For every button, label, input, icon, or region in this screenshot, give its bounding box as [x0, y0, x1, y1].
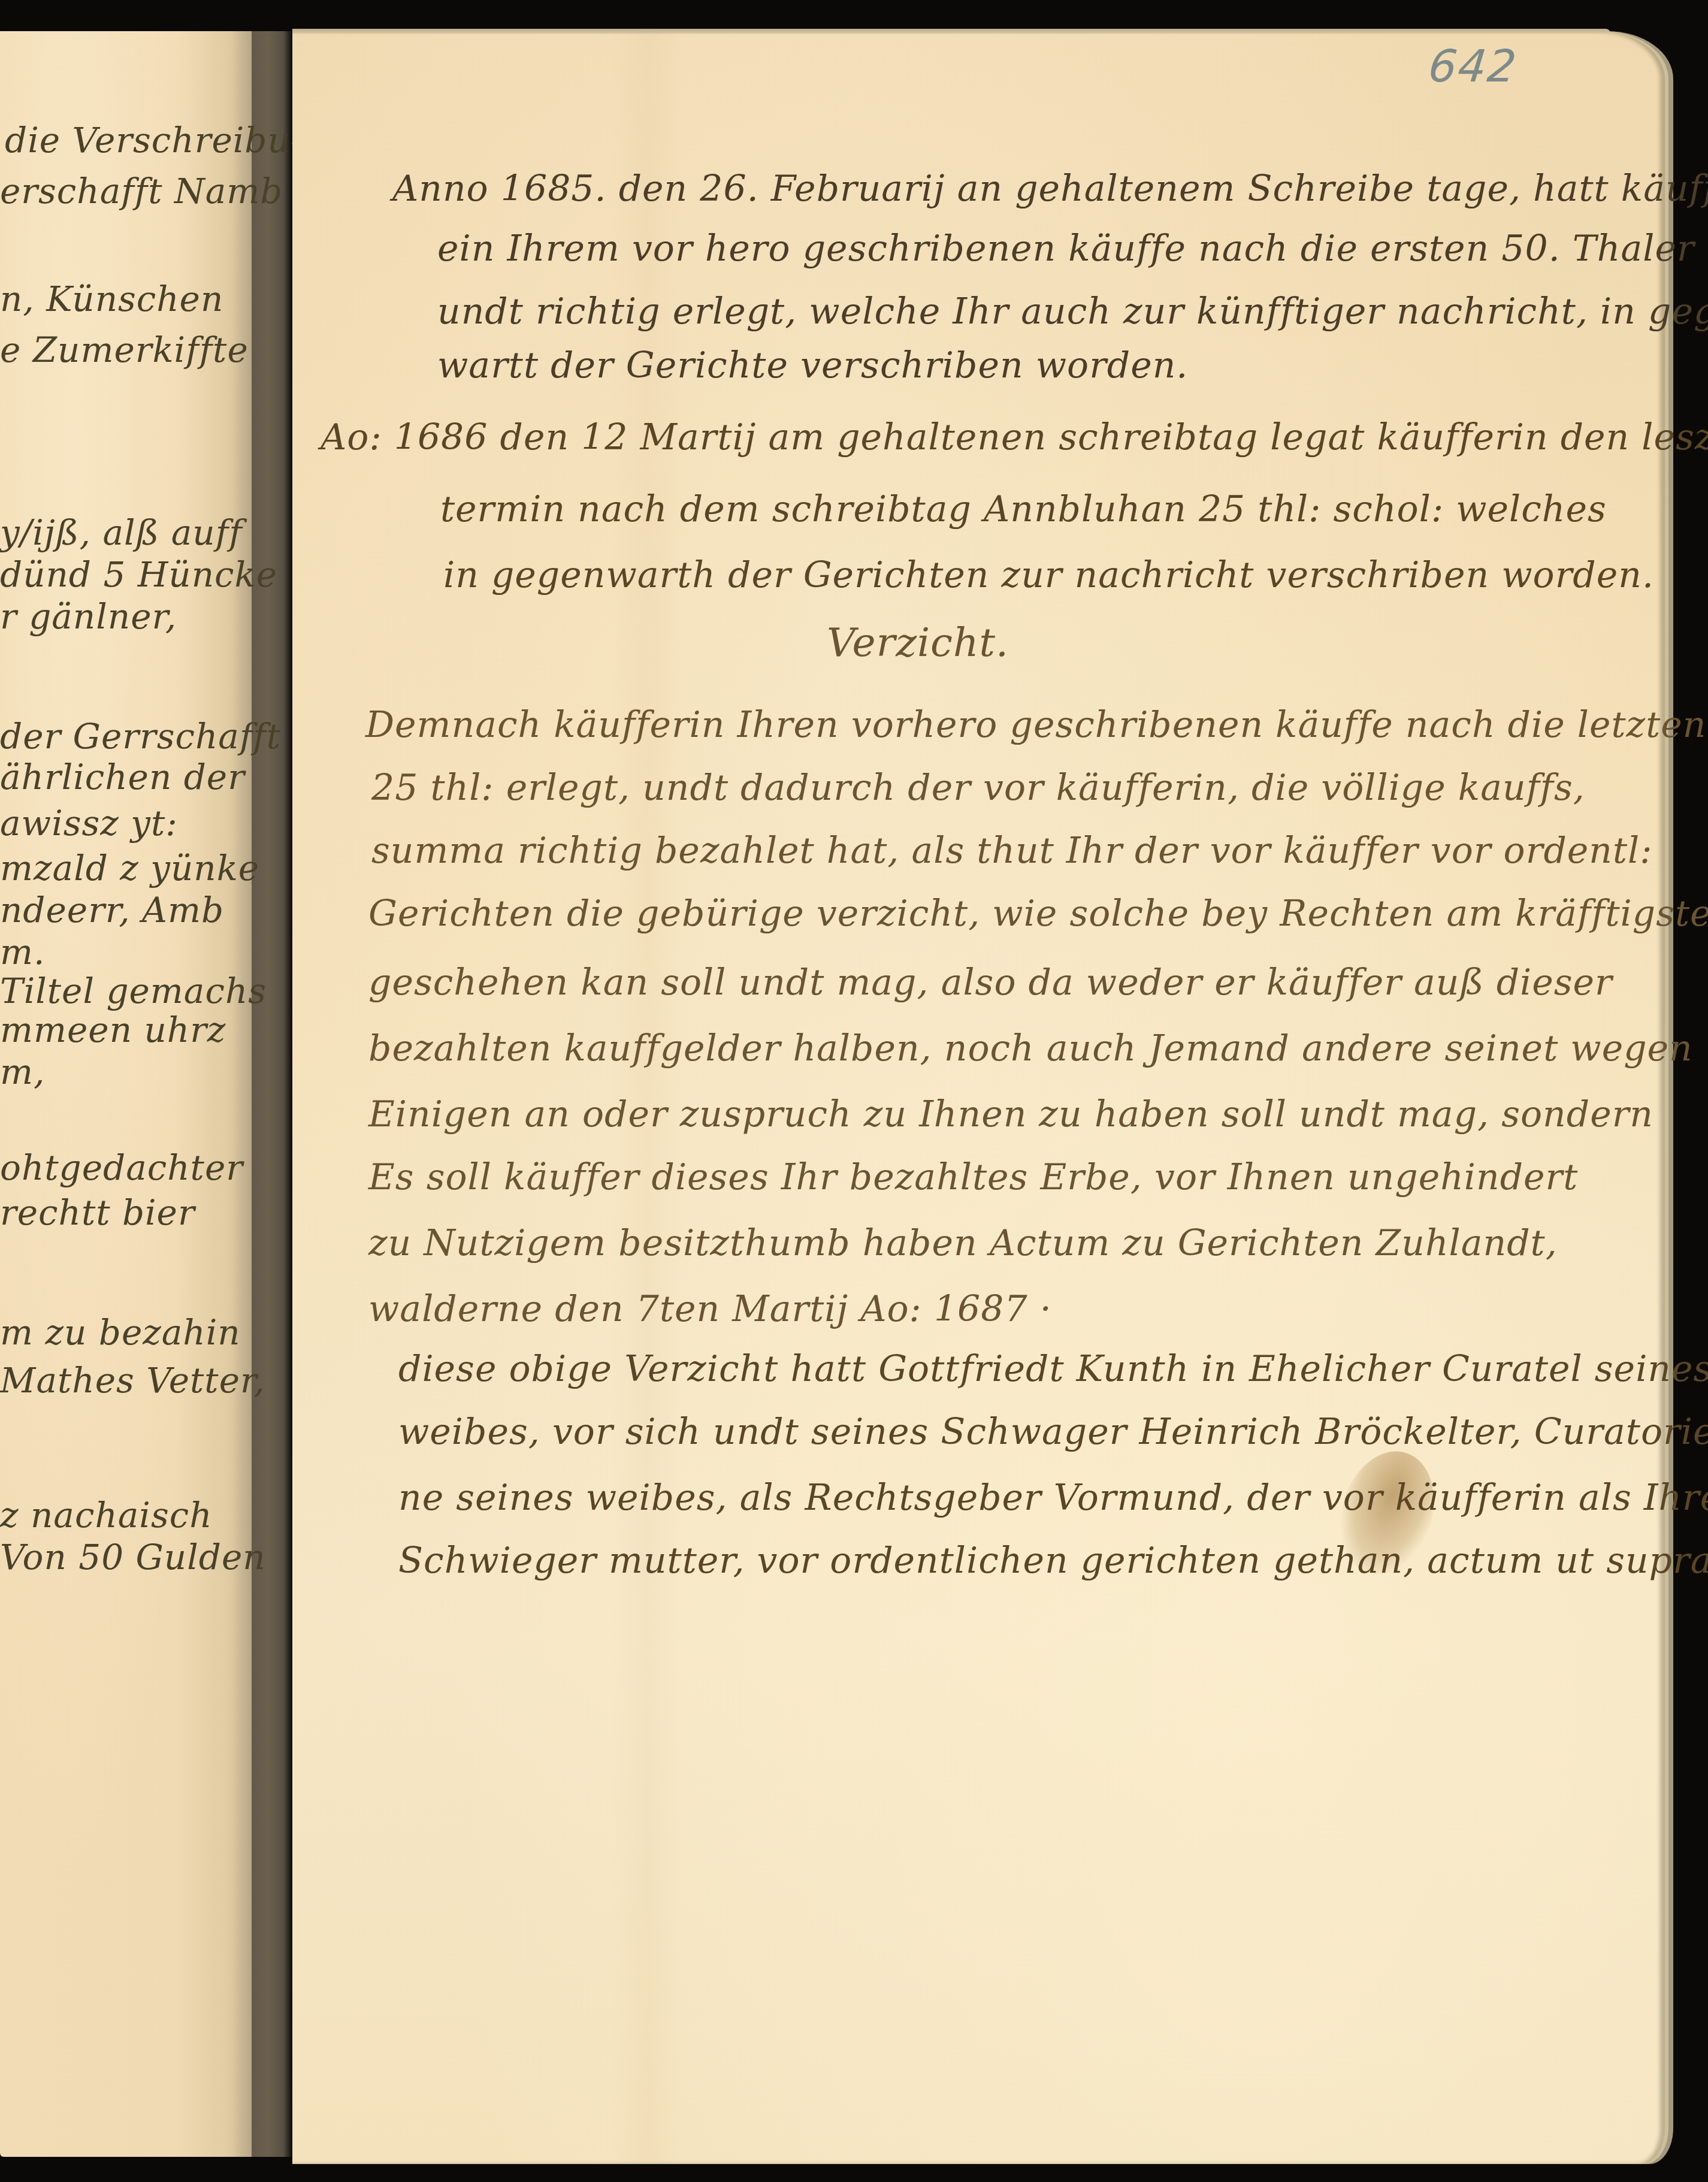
left-fragment: ährlichen der [0, 760, 245, 794]
left-fragment: rechtt bier [0, 1195, 195, 1230]
left-fragment: m. [0, 935, 45, 969]
left-fragment: e Zumerkiffte [0, 333, 249, 367]
left-fragment: Tiltel gemachs [0, 974, 267, 1008]
left-fragment: r gänlner, [0, 599, 177, 634]
entry-3-line: Es soll käuffer dieses Ihr bezahltes Erb… [368, 1159, 1578, 1195]
left-fragment: m, [0, 1054, 45, 1089]
left-fragment: dünd 5 Hüncke [0, 557, 277, 592]
entry-4-line: weibes, vor sich undt seines Schwager He… [398, 1414, 1708, 1450]
entry-3-line: bezahlten kauffgelder halben, noch auch … [368, 1030, 1693, 1066]
entry-3-line: Gerichten die gebürige verzicht, wie sol… [368, 896, 1708, 932]
left-fragment: Von 50 Gulden [0, 1540, 266, 1574]
entry-3-line: walderne den 7ten Martij Ao: 1687 · [368, 1291, 1052, 1327]
left-fragment: der Gerrschafft [0, 719, 281, 754]
entry-1-line: wartt der Gerichte verschriben worden. [437, 347, 1188, 383]
entry-3-line: geschehen kan soll undt mag, also da wed… [368, 965, 1613, 1001]
left-fragment: erschafft Namb [0, 174, 283, 208]
entry-3-line: 25 thl: erlegt, undt dadurch der vor käu… [371, 770, 1585, 806]
entry-4-line: Schwieger mutter, vor ordentlichen geric… [398, 1543, 1708, 1579]
left-fragment: ndeerr, Amb [0, 893, 224, 927]
left-fragment: m zu bezahin [0, 1315, 241, 1350]
left-fragment: die Verschreibu- [5, 123, 303, 158]
page-top-edge [292, 29, 1610, 34]
entry-2-line: termin nach dem schreibtag Annbluhan 25 … [440, 491, 1607, 527]
left-fragment: n, Künschen [0, 282, 223, 316]
left-fragment: ohtgedachter [0, 1150, 243, 1185]
left-fragment: mmeen uhrz [0, 1013, 226, 1047]
left-fragment: z nachaisch [0, 1498, 213, 1533]
left-fragment: awissz yt: [0, 806, 178, 841]
folio-number: 642 [1426, 41, 1519, 92]
entry-4-line: ne seines weibes, als Rechtsgeber Vormun… [398, 1480, 1708, 1516]
entry-3-line: summa richtig bezahlet hat, als thut Ihr… [371, 833, 1653, 869]
entry-1-line: undt richtig erlegt, welche Ihr auch zur… [437, 294, 1708, 330]
section-heading: Verzicht. [827, 623, 1009, 663]
entry-1-line: ein Ihrem vor hero geschribenen käuffe n… [437, 231, 1708, 267]
entry-3-line: zu Nutzigem besitzthumb haben Actum zu G… [368, 1225, 1558, 1261]
left-fragment: Mathes Vetter, [0, 1363, 265, 1398]
entry-4-line: diese obige Verzicht hatt Gottfriedt Kun… [398, 1351, 1708, 1387]
entry-1-line: Anno 1685. den 26. Februarij an gehalten… [392, 171, 1708, 207]
entry-2-line: Ao: 1686 den 12 Martij am gehaltenen sch… [321, 419, 1708, 455]
entry-3-line: Einigen an oder zuspruch zu Ihnen zu hab… [368, 1096, 1653, 1132]
entry-3-line: Demnach käufferin Ihren vorhero geschrib… [365, 707, 1706, 743]
left-fragment: y/ijß, alß auff [0, 515, 243, 550]
left-fragment: mzald z yünke [0, 851, 259, 886]
entry-2-line: in gegenwarth der Gerichten zur nachrich… [443, 557, 1654, 593]
